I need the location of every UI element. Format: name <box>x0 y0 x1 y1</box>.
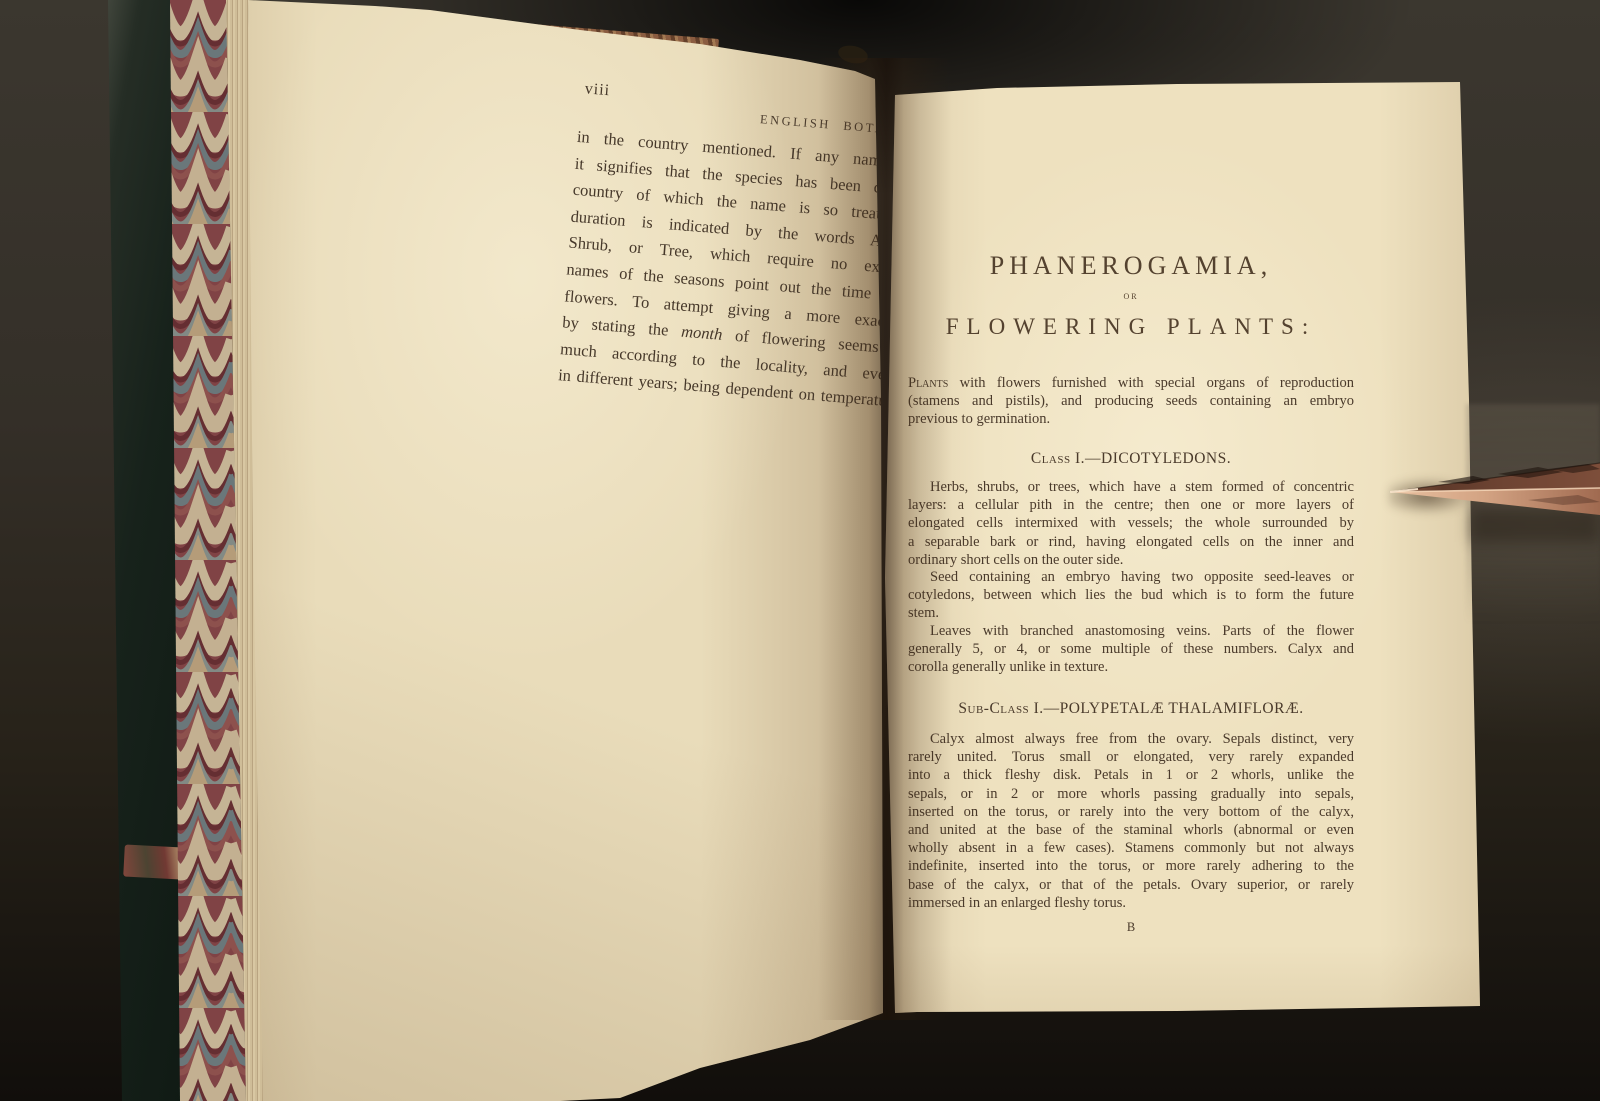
class-description: Herbs, shrubs, or trees, which have a st… <box>908 478 1354 569</box>
text-line: corolla generally unlike in texture. <box>908 658 1354 676</box>
text-line: layers: a cellular pith in the centre; t… <box>908 496 1354 514</box>
text-line: immersed in an enlarged fleshy torus. <box>908 894 1354 912</box>
text-line: and united at the base of the staminal w… <box>908 821 1354 839</box>
section-subtitle: FLOWERING PLANTS: <box>908 314 1354 340</box>
text-line: (stamens and pistils), and producing see… <box>908 392 1354 410</box>
intro-paragraph: Plants with flowers furnished with speci… <box>908 374 1354 429</box>
left-page: viii ENGLISH BOTANY. in the country ment… <box>225 0 885 1101</box>
leaves-paragraph: Leaves with branched anastomosing veins.… <box>908 622 1354 677</box>
photo-backdrop: viii ENGLISH BOTANY. in the country ment… <box>0 0 1600 1101</box>
text-line: sepals, or in 2 or more whorls passing g… <box>908 785 1354 803</box>
class-heading: Class I.—DICOTYLEDONS. <box>908 450 1354 468</box>
text-line: a separable bark or rind, having elongat… <box>908 533 1354 551</box>
text-line: indefinite, inserted into the torus, or … <box>908 857 1354 875</box>
text-line: ordinary short cells on the outer side. <box>908 551 1354 569</box>
text-line: Plants with flowers furnished with speci… <box>908 374 1354 392</box>
text-line: cotyledons, between which lies the bud w… <box>908 586 1354 604</box>
spine-top-shadow <box>837 43 870 66</box>
section-title: PHANEROGAMIA, <box>908 251 1354 281</box>
seed-paragraph: Seed containing an embryo having two opp… <box>908 568 1354 623</box>
page-number: viii <box>584 80 611 100</box>
text-line: into a thick fleshy disk. Petals in 1 or… <box>908 766 1354 784</box>
text-line: Leaves with branched anastomosing veins.… <box>908 622 1354 640</box>
board-worn-patch <box>123 845 183 880</box>
text-line: stem. <box>908 604 1354 622</box>
text-line: Calyx almost always free from the ovary.… <box>908 730 1354 748</box>
text-line: generally 5, or 4, or some multiple of t… <box>908 640 1354 658</box>
text-line: rarely united. Torus small or elongated,… <box>908 748 1354 766</box>
text-line: elongated cells intermixed with vessels;… <box>908 514 1354 532</box>
signature-mark: B <box>908 920 1354 935</box>
text-line: wholly absent in a few cases). Stamens c… <box>908 839 1354 857</box>
text-line: Seed containing an embryo having two opp… <box>908 568 1354 586</box>
right-page: PHANEROGAMIA, or FLOWERING PLANTS: Plant… <box>877 78 1489 1020</box>
text-line: Herbs, shrubs, or trees, which have a st… <box>908 478 1354 496</box>
italic-word: month <box>681 322 724 344</box>
subclass-heading: Sub-Class I.—POLYPETALÆ THALAMIFLORÆ. <box>908 700 1354 718</box>
text-line: inserted on the torus, or rarely into th… <box>908 803 1354 821</box>
title-conjunction: or <box>908 290 1354 302</box>
text-line: previous to germination. <box>908 410 1354 428</box>
letter-opener <box>1378 438 1600 522</box>
text-line: base of the calyx, or that of the petals… <box>908 876 1354 894</box>
subclass-description: Calyx almost always free from the ovary.… <box>908 730 1354 912</box>
